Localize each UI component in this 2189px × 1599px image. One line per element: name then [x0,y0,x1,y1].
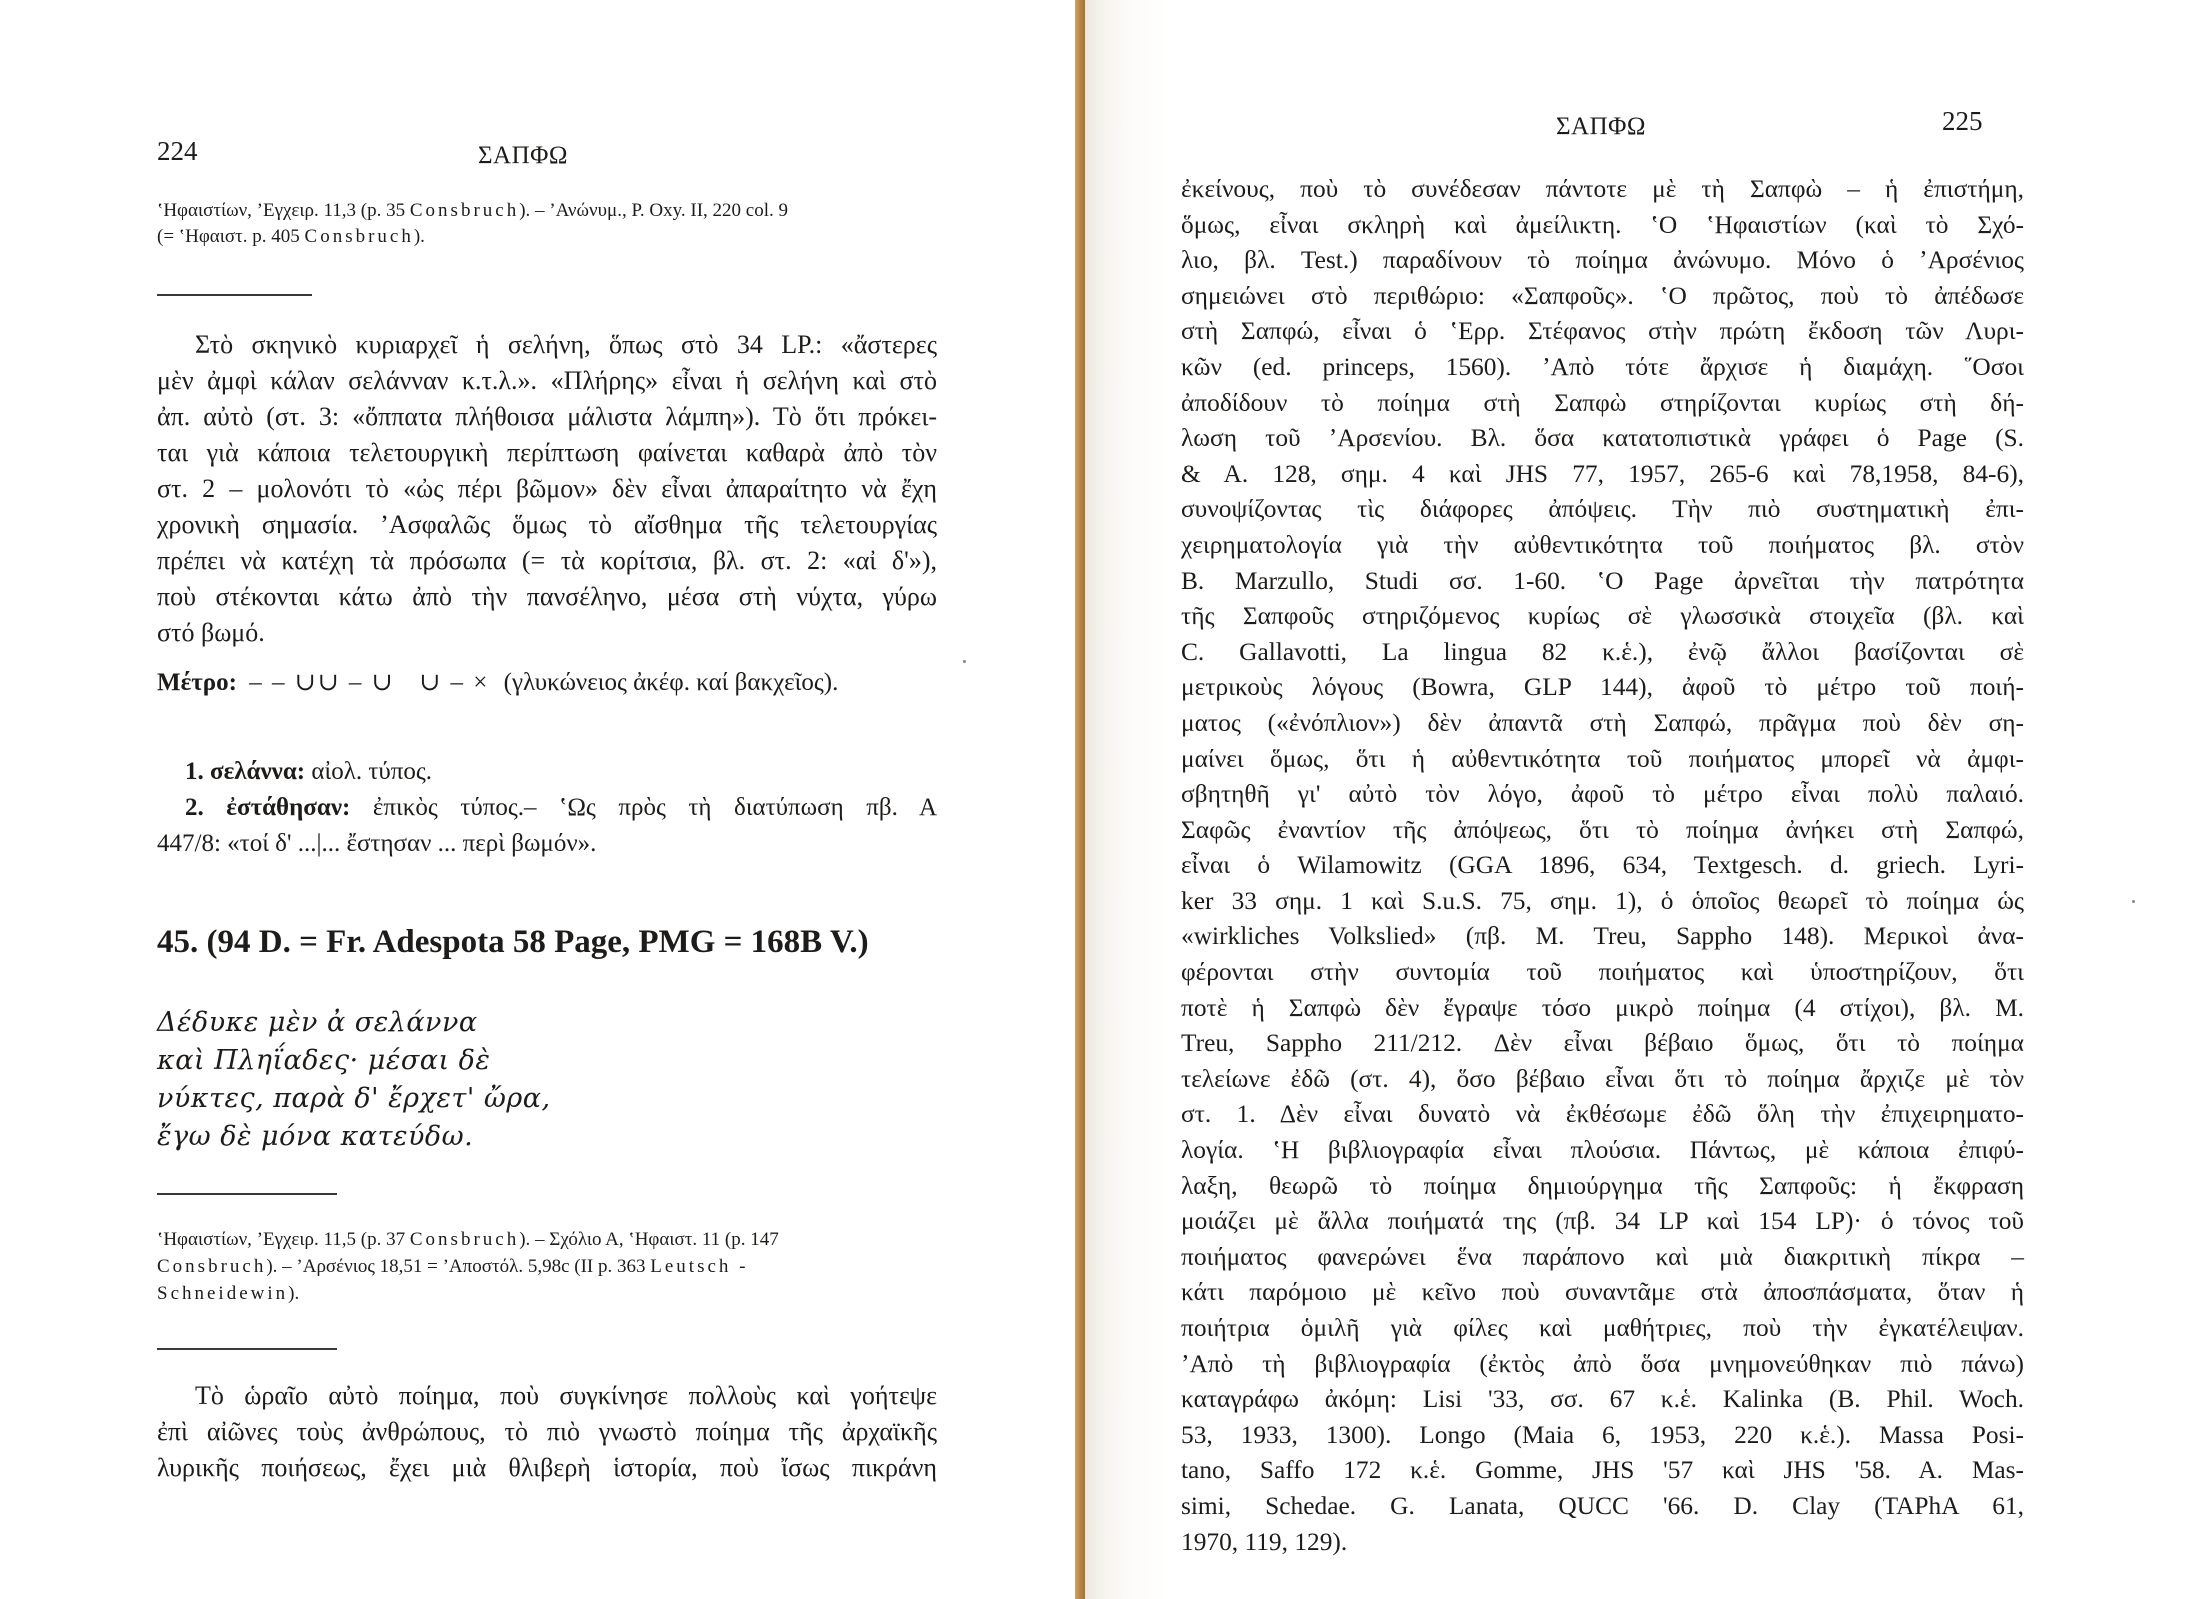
greek-poem: Δέδυκε μὲν ἀ σελάννα καὶ Πληΐαδες· μέσαι… [157,1004,551,1156]
poem-line: καὶ Πληΐαδες· μέσαι δὲ [157,1042,551,1080]
note-item: 1. σελάννα: αἰολ. τύπος. [157,754,937,790]
section-divider [157,1193,337,1195]
section-divider [157,1348,337,1350]
page-number: 225 [1942,106,1983,137]
source-note-2: ʽΗφαιστίων, ʼΕγχειρ. 11,5 (p. 37 Consbru… [157,1226,937,1307]
source-note-line: (= ʽΗφαιστ. p. 405 Consbruch). [157,224,937,250]
source-note-line: Consbruch). – ʼΑρσένιος 18,51 = ʼΑποστόλ… [157,1253,937,1280]
right-body-text: ἐκείνους, ποὺ τὸ συνέδεσαν πάντοτε μὲ τὴ… [1181,172,2024,1560]
commentary-paragraph: Στὸ σκηνικὸ κυριαρχεῖ ἡ σελήνη, ὅπως στὸ… [157,327,937,651]
poem-line: νύκτες, παρὰ δ' ἔρχετ' ὤρα, [157,1080,551,1118]
metre-description: (γλυκώνειος ἀκέφ. καί βακχεῖος). [504,669,839,696]
section-divider [157,294,312,296]
line-notes: 1. σελάννα: αἰολ. τύπος. 2. ἐστάθησαν: ἐ… [157,754,937,862]
poem-line: Δέδυκε μὲν ἀ σελάννα [157,1004,551,1042]
running-head: ΣΑΠΦΩ [478,142,568,170]
note-item: 2. ἐστάθησαν: ἐπικὸς τύπος.– ʽΩς πρὸς τὴ… [157,790,937,826]
fragment-heading: 45. (94 D. = Fr. Adespota 58 Page, PMG =… [157,924,869,961]
scan-speck [963,660,966,663]
metre-line: Μέτρο: – – ∪∪ – ∪ ∪ – × (γλυκώνειος ἀκέφ… [157,667,838,697]
source-note-line: ʽΗφαιστίων, ʼΕγχειρ. 11,5 (p. 37 Consbru… [157,1226,937,1253]
metre-scheme: – – ∪∪ – ∪ ∪ – × [249,669,489,696]
scan-speck [2132,900,2135,903]
page-number: 224 [157,136,198,167]
source-note-line: Schneidewin). [157,1280,937,1307]
book-spine [1075,0,1085,1599]
poem-line: ἔγω δὲ μόνα κατεύδω. [157,1118,551,1156]
source-note-line: ʽΗφαιστίων, ʼΕγχειρ. 11,3 (p. 35 Consbru… [157,198,937,224]
source-note-1: ʽΗφαιστίων, ʼΕγχειρ. 11,3 (p. 35 Consbru… [157,198,937,250]
intro-paragraph: Τὸ ὡραῖο αὐτὸ ποίημα, ποὺ συγκίνησε πολλ… [157,1378,937,1486]
note-continuation: 447/8: «τοί δ' ...|... ἔστησαν ... περὶ … [157,826,937,862]
book-spread: 224 ΣΑΠΦΩ ʽΗφαιστίων, ʼΕγχειρ. 11,3 (p. … [0,0,2189,1599]
running-head: ΣΑΠΦΩ [1556,113,1646,141]
metre-label: Μέτρο: [157,669,237,696]
left-page: 224 ΣΑΠΦΩ ʽΗφαιστίων, ʼΕγχειρ. 11,3 (p. … [0,0,1075,1599]
